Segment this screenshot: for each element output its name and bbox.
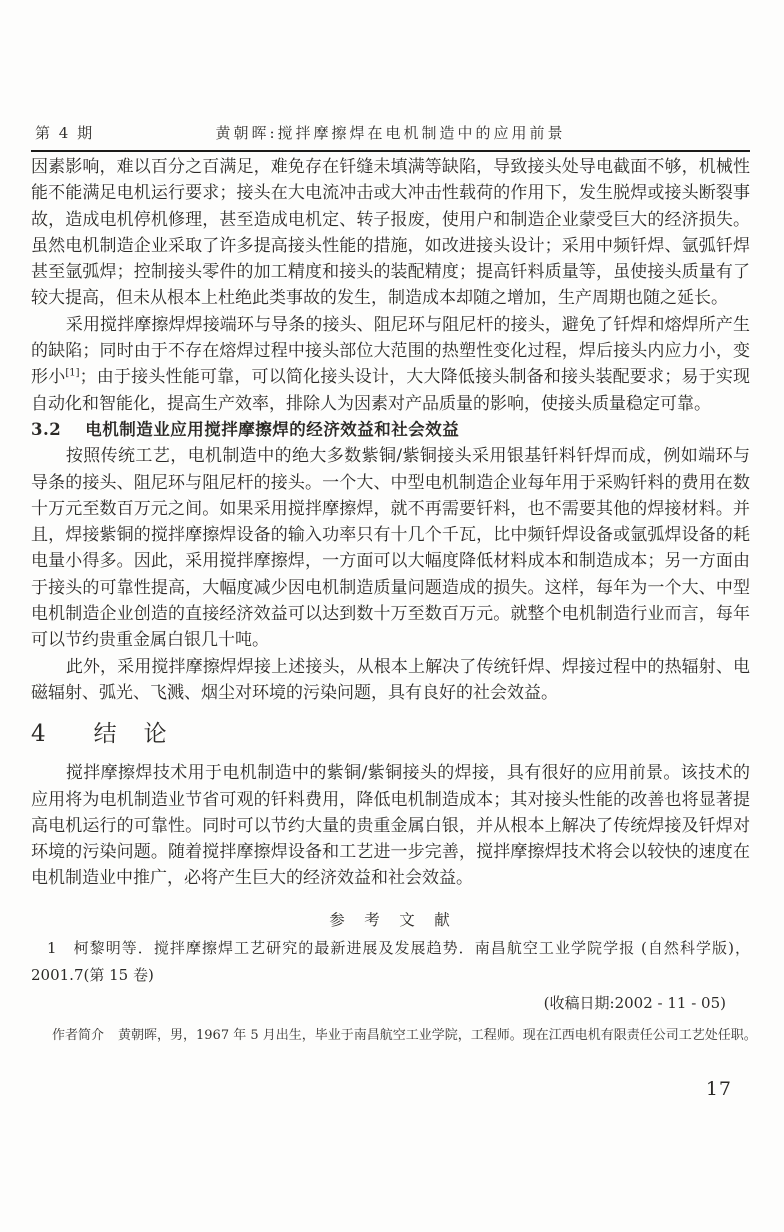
references-section: 参 考 文 献 1 柯黎明等．搅拌摩擦焊工艺研究的最新进展及发展趋势．南昌航空工… (31, 908, 750, 1017)
section-number-4: 4 (31, 721, 48, 747)
section-heading-3-2: 3.2电机制造业应用搅拌摩擦焊的经济效益和社会效益 (31, 417, 750, 443)
page-header: 第 4 期 黄朝晖:搅拌摩擦焊在电机制造中的应用前景 (31, 0, 750, 145)
paragraph-economic-benefit: 按照传统工艺，电机制造中的绝大多数紫铜/紫铜接头采用银基钎料钎焊而成，例如端环与… (31, 443, 750, 653)
header-rule (31, 150, 750, 152)
reference-item-1-line-2: 2001.7(第 15 卷) (31, 962, 750, 989)
author-bio: 作者简介黄朝晖，男，1967 年 5 月出生，毕业于南昌航空工业学院，工程师。现… (31, 1026, 750, 1046)
reference-item-1-line-1: 1 柯黎明等．搅拌摩擦焊工艺研究的最新进展及发展趋势．南昌航空工业学院学报 (自… (31, 935, 750, 962)
author-bio-label: 作者简介 (52, 1028, 104, 1043)
reference-marker-sup: [1] (65, 368, 79, 379)
paragraph-advantages: 采用搅拌摩擦焊焊接端环与导条的接头、阻尼环与阻尼杆的接头，避免了钎焊和熔焊所产生… (31, 312, 750, 417)
page-number: 17 (706, 1078, 732, 1100)
issue-label: 第 4 期 (35, 122, 94, 143)
paragraph-social-benefit: 此外，采用搅拌摩擦焊焊接上述接头，从根本上解决了传统钎焊、焊接过程中的热辐射、电… (31, 654, 750, 707)
running-title: 黄朝晖:搅拌摩擦焊在电机制造中的应用前景 (31, 122, 750, 143)
author-bio-text: 黄朝晖，男，1967 年 5 月出生，毕业于南昌航空工业学院，工程师。现在江西电… (118, 1028, 757, 1043)
section-heading-4-conclusion: 4结 论 (31, 716, 750, 752)
reference-item-1: 1 柯黎明等．搅拌摩擦焊工艺研究的最新进展及发展趋势．南昌航空工业学院学报 (自… (31, 935, 750, 989)
article-body: 因素影响，难以百分之百满足，难免存在钎缝未填满等缺陷，导致接头处导电截面不够，机… (31, 154, 750, 1046)
section-title-3-2: 电机制造业应用搅拌摩擦焊的经济效益和社会效益 (85, 420, 459, 439)
journal-page: 第 4 期 黄朝晖:搅拌摩擦焊在电机制造中的应用前景 因素影响，难以百分之百满足… (0, 0, 784, 1232)
section-number-3-2: 3.2 (31, 420, 61, 439)
paragraph-continuation: 因素影响，难以百分之百满足，难免存在钎缝未填满等缺陷，导致接头处导电截面不够，机… (31, 154, 750, 312)
section-title-4: 结 论 (94, 721, 169, 747)
paragraph-conclusion: 搅拌摩擦焊技术用于电机制造中的紫铜/紫铜接头的焊接，具有很好的应用前景。该技术的… (31, 760, 750, 891)
references-heading: 参 考 文 献 (31, 908, 750, 932)
paragraph-advantages-text-after: ；由于接头性能可靠，可以简化接头设计，大大降低接头制备和接头装配要求；易于实现自… (31, 367, 750, 413)
received-date: (收稿日期:2002 - 11 - 05) (31, 990, 750, 1017)
